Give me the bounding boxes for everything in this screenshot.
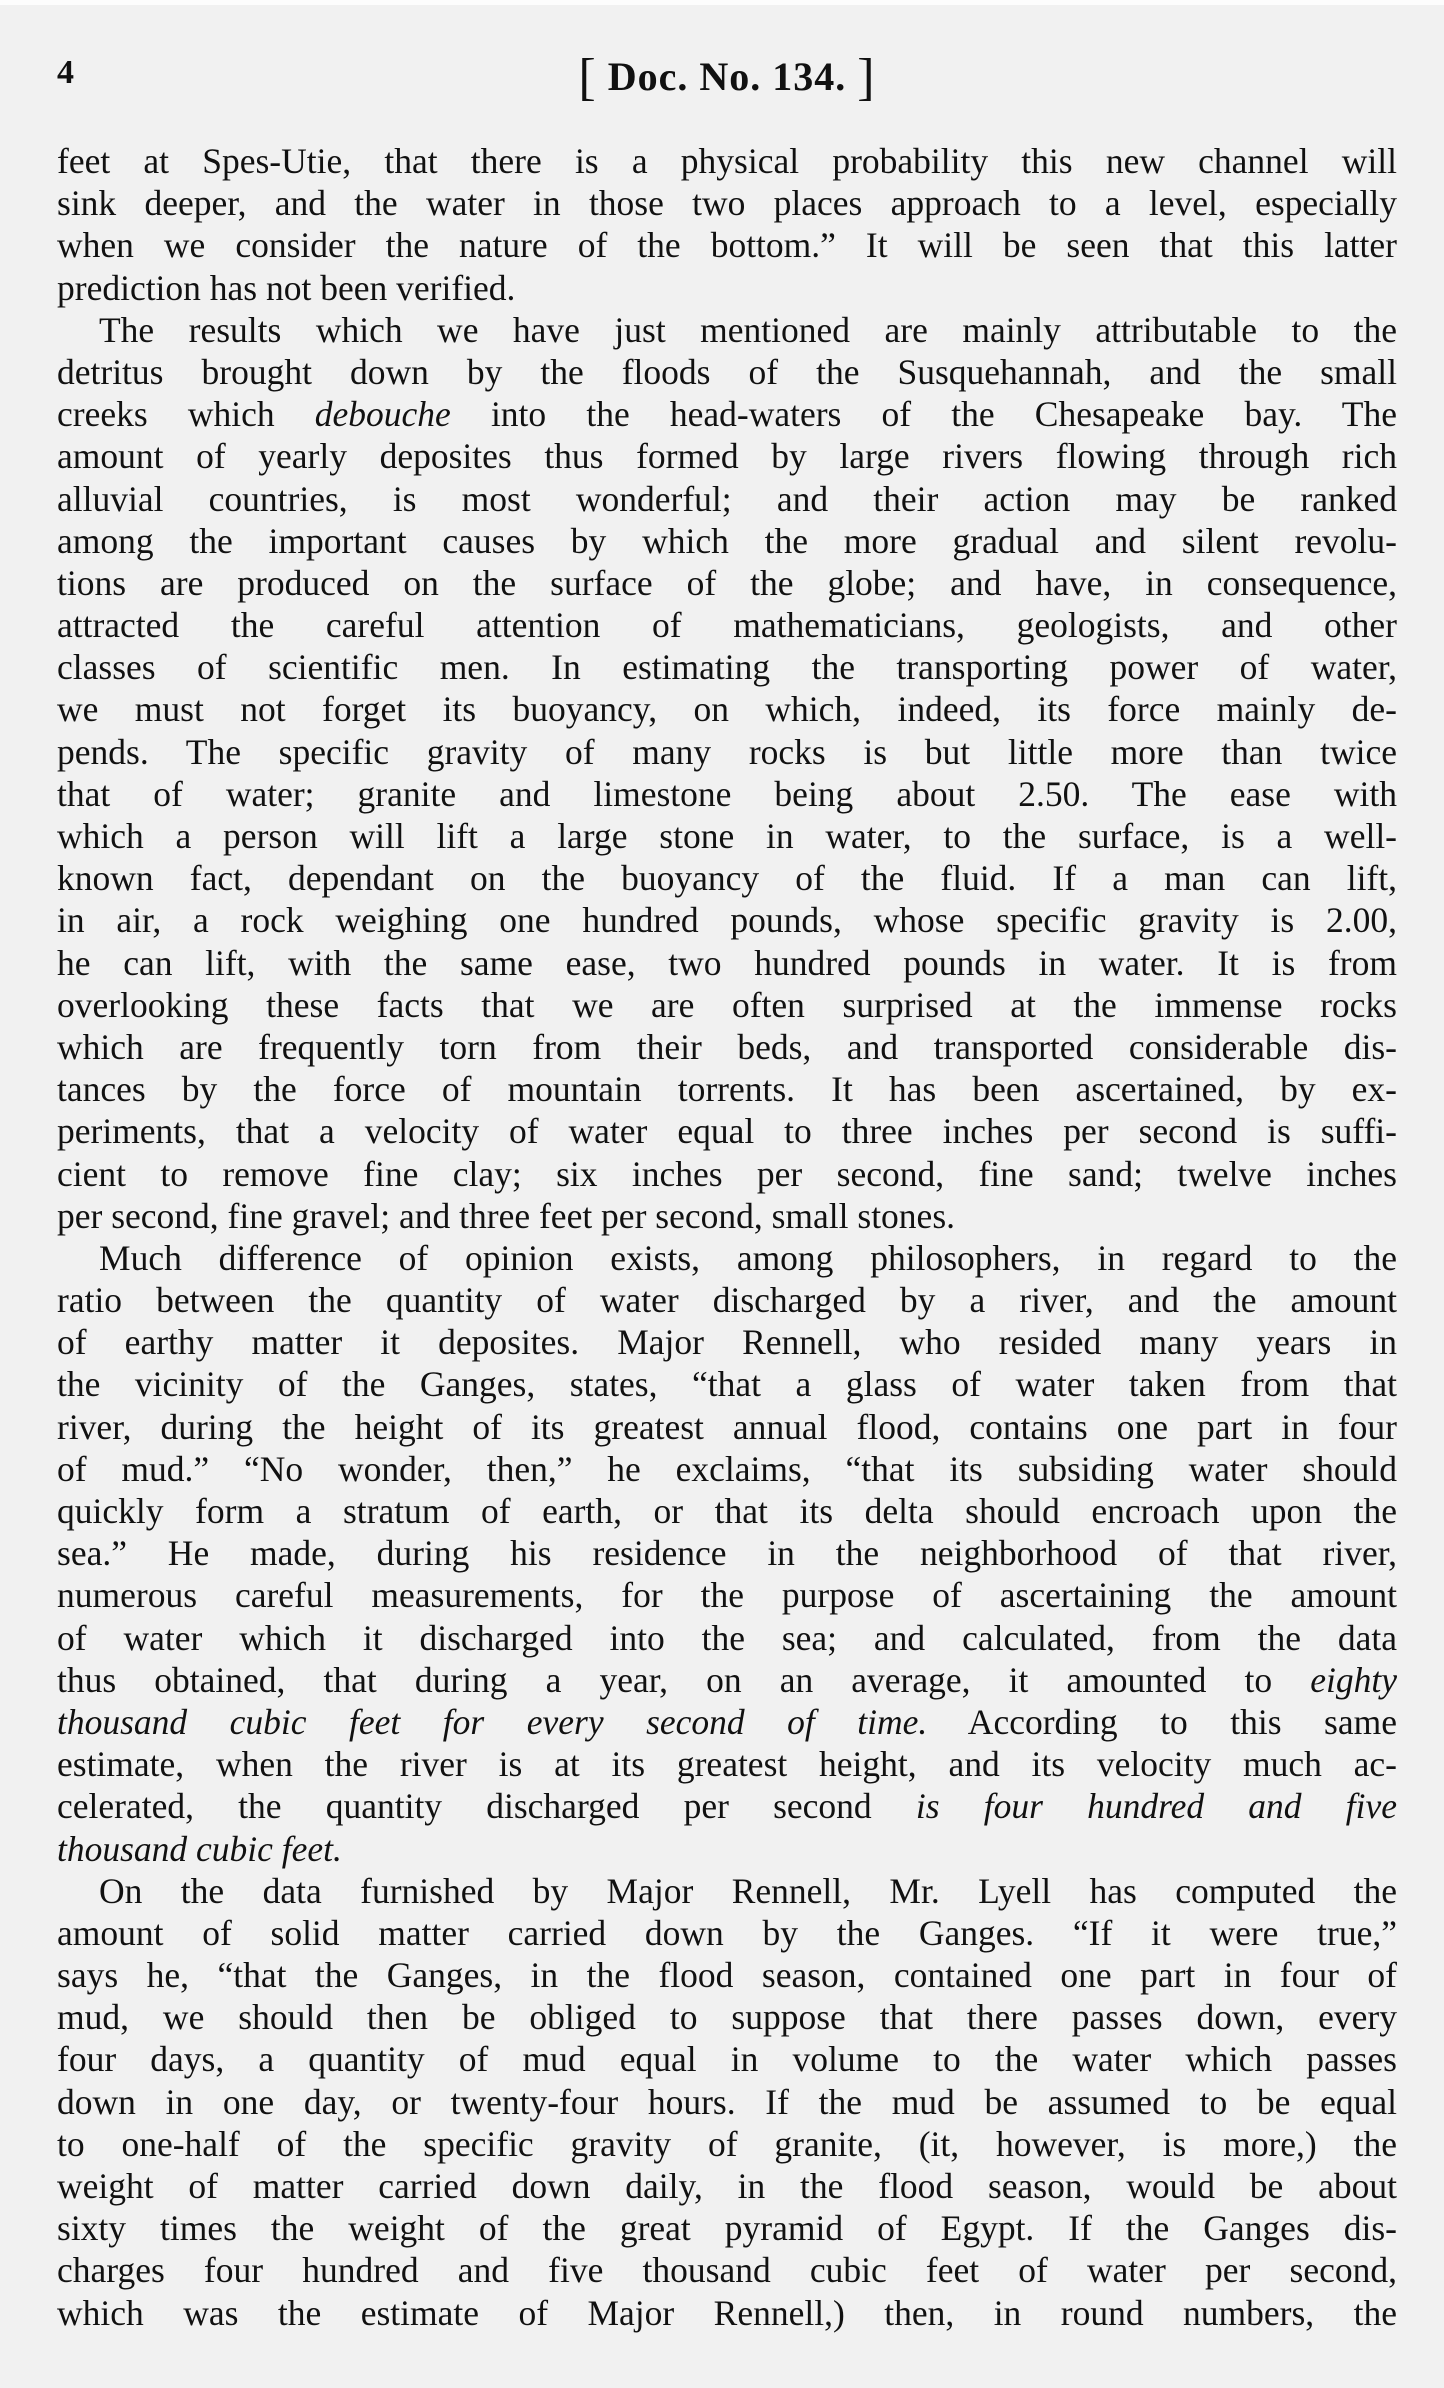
text-run: feet at Spes-Utie, that there is a physi… [57, 141, 1397, 181]
text-run: he can lift, with the same ease, two hun… [57, 943, 1397, 983]
text-line: tances by the force of mountain torrents… [57, 1068, 1397, 1110]
text-run: amount of yearly deposites thus formed b… [57, 436, 1397, 476]
italic-text: debouche [315, 394, 451, 434]
text-run: of water which it discharged into the se… [57, 1618, 1397, 1658]
doc-label: Doc. No. 134. [608, 54, 847, 99]
italic-text: is four hundred and five [916, 1786, 1397, 1826]
text-run: which a person will lift a large stone i… [57, 816, 1397, 856]
text-run: ratio between the quantity of water disc… [57, 1280, 1397, 1320]
text-run: into the head-waters of the Chesapeake b… [451, 394, 1397, 434]
body-text: feet at Spes-Utie, that there is a physi… [57, 140, 1397, 2334]
text-line: The results which we have just mentioned… [57, 309, 1397, 351]
text-run: we must not forget its buoyancy, on whic… [57, 689, 1397, 729]
text-run: which was the estimate of Major Rennell,… [57, 2293, 1397, 2333]
text-line: down in one day, or twenty-four hours. I… [57, 2081, 1397, 2123]
text-line: tions are produced on the surface of the… [57, 562, 1397, 604]
text-line: he can lift, with the same ease, two hun… [57, 942, 1397, 984]
text-line: sink deeper, and the water in those two … [57, 182, 1397, 224]
text-run: periments, that a velocity of water equa… [57, 1111, 1397, 1151]
text-run: thus obtained, that during a year, on an… [57, 1660, 1310, 1700]
text-line: in air, a rock weighing one hundred poun… [57, 899, 1397, 941]
text-run: sink deeper, and the water in those two … [57, 183, 1397, 223]
text-run: sea.” He made, during his residence in t… [57, 1533, 1397, 1573]
text-run: alluvial countries, is most wonderful; a… [57, 479, 1397, 519]
text-line: cient to remove fine clay; six inches pe… [57, 1153, 1397, 1195]
text-line: prediction has not been verified. [57, 267, 1397, 309]
text-line: overlooking these facts that we are ofte… [57, 984, 1397, 1026]
text-run: sixty times the weight of the great pyra… [57, 2208, 1397, 2248]
text-line: quickly form a stratum of earth, or that… [57, 1490, 1397, 1532]
text-run: tances by the force of mountain torrents… [57, 1069, 1397, 1109]
text-run: weight of matter carried down daily, in … [57, 2166, 1397, 2206]
text-line: pends. The specific gravity of many rock… [57, 731, 1397, 773]
text-line: which are frequently torn from their bed… [57, 1026, 1397, 1068]
text-run: per second, fine gravel; and three feet … [57, 1196, 955, 1236]
text-line: of earthy matter it deposites. Major Ren… [57, 1321, 1397, 1363]
text-line: detritus brought down by the floods of t… [57, 351, 1397, 393]
text-run: of earthy matter it deposites. Major Ren… [57, 1322, 1397, 1362]
text-line: celerated, the quantity discharged per s… [57, 1785, 1397, 1827]
text-run: mud, we should then be obliged to suppos… [57, 1997, 1397, 2037]
text-line: of water which it discharged into the se… [57, 1617, 1397, 1659]
text-line: estimate, when the river is at its great… [57, 1743, 1397, 1785]
text-run: detritus brought down by the floods of t… [57, 352, 1397, 392]
text-line: of mud.” “No wonder, then,” he exclaims,… [57, 1448, 1397, 1490]
text-line: known fact, dependant on the buoyancy of… [57, 857, 1397, 899]
text-run: to one-half of the specific gravity of g… [57, 2124, 1397, 2164]
text-line: per second, fine gravel; and three feet … [57, 1195, 1397, 1237]
text-line: feet at Spes-Utie, that there is a physi… [57, 140, 1397, 182]
text-run: numerous careful measurements, for the p… [57, 1575, 1397, 1615]
text-run: classes of scientific men. In estimating… [57, 647, 1397, 687]
text-line: when we consider the nature of the botto… [57, 224, 1397, 266]
text-line: which a person will lift a large stone i… [57, 815, 1397, 857]
text-line: to one-half of the specific gravity of g… [57, 2123, 1397, 2165]
text-line: On the data furnished by Major Rennell, … [57, 1870, 1397, 1912]
text-line: classes of scientific men. In estimating… [57, 646, 1397, 688]
text-run: attracted the careful attention of mathe… [57, 605, 1397, 645]
text-run: four days, a quantity of mud equal in vo… [57, 2039, 1397, 2079]
text-line: numerous careful measurements, for the p… [57, 1574, 1397, 1616]
italic-text: eighty [1310, 1660, 1397, 1700]
text-line: four days, a quantity of mud equal in vo… [57, 2038, 1397, 2080]
paragraph: On the data furnished by Major Rennell, … [57, 1870, 1397, 2334]
text-run: pends. The specific gravity of many rock… [57, 732, 1397, 772]
text-line: mud, we should then be obliged to suppos… [57, 1996, 1397, 2038]
text-line: which was the estimate of Major Rennell,… [57, 2292, 1397, 2334]
text-run: According to this same [927, 1702, 1397, 1742]
text-run: that of water; granite and limestone bei… [57, 774, 1397, 814]
text-line: sea.” He made, during his residence in t… [57, 1532, 1397, 1574]
text-line: we must not forget its buoyancy, on whic… [57, 688, 1397, 730]
text-line: charges four hundred and five thousand c… [57, 2249, 1397, 2291]
text-run: among the important causes by which the … [57, 521, 1397, 561]
text-run: creeks which [57, 394, 315, 434]
text-line: sixty times the weight of the great pyra… [57, 2207, 1397, 2249]
text-run: Much difference of opinion exists, among… [99, 1238, 1397, 1278]
text-run: in air, a rock weighing one hundred poun… [57, 900, 1397, 940]
text-line: amount of yearly deposites thus formed b… [57, 435, 1397, 477]
text-run: estimate, when the river is at its great… [57, 1744, 1397, 1784]
text-run: overlooking these facts that we are ofte… [57, 985, 1397, 1025]
text-run: On the data furnished by Major Rennell, … [99, 1871, 1397, 1911]
text-run: down in one day, or twenty-four hours. I… [57, 2082, 1397, 2122]
open-bracket: [ [578, 49, 596, 106]
italic-text: thousand cubic feet for every second of … [57, 1702, 927, 1742]
text-run: quickly form a stratum of earth, or that… [57, 1491, 1397, 1531]
paragraph: feet at Spes-Utie, that there is a physi… [57, 140, 1397, 309]
paragraph: The results which we have just mentioned… [57, 309, 1397, 1237]
text-run: amount of solid matter carried down by t… [57, 1913, 1397, 1953]
text-run: cient to remove fine clay; six inches pe… [57, 1154, 1397, 1194]
italic-text: thousand cubic feet. [57, 1829, 342, 1869]
text-line: weight of matter carried down daily, in … [57, 2165, 1397, 2207]
text-line: river, during the height of its greatest… [57, 1406, 1397, 1448]
page-header: 4 [ Doc. No. 134. ] [57, 48, 1397, 108]
text-run: tions are produced on the surface of the… [57, 563, 1397, 603]
text-line: thousand cubic feet for every second of … [57, 1701, 1397, 1743]
paragraph: Much difference of opinion exists, among… [57, 1237, 1397, 1870]
text-run: the vicinity of the Ganges, states, “tha… [57, 1364, 1397, 1404]
text-line: that of water; granite and limestone bei… [57, 773, 1397, 815]
text-run: known fact, dependant on the buoyancy of… [57, 858, 1397, 898]
scan-top-edge [0, 0, 1444, 5]
text-line: Much difference of opinion exists, among… [57, 1237, 1397, 1279]
text-line: periments, that a velocity of water equa… [57, 1110, 1397, 1152]
text-run: The results which we have just mentioned… [99, 310, 1397, 350]
text-run: says he, “that the Ganges, in the flood … [57, 1955, 1397, 1995]
text-line: thousand cubic feet. [57, 1828, 1397, 1870]
text-line: alluvial countries, is most wonderful; a… [57, 478, 1397, 520]
text-run: prediction has not been verified. [57, 268, 515, 308]
text-line: the vicinity of the Ganges, states, “tha… [57, 1363, 1397, 1405]
text-run: which are frequently torn from their bed… [57, 1027, 1397, 1067]
text-line: among the important causes by which the … [57, 520, 1397, 562]
text-run: when we consider the nature of the botto… [57, 225, 1397, 265]
text-line: amount of solid matter carried down by t… [57, 1912, 1397, 1954]
text-run: charges four hundred and five thousand c… [57, 2250, 1397, 2290]
document-title: [ Doc. No. 134. ] [57, 48, 1397, 107]
text-line: says he, “that the Ganges, in the flood … [57, 1954, 1397, 1996]
text-line: thus obtained, that during a year, on an… [57, 1659, 1397, 1701]
text-line: ratio between the quantity of water disc… [57, 1279, 1397, 1321]
text-line: attracted the careful attention of mathe… [57, 604, 1397, 646]
text-run: celerated, the quantity discharged per s… [57, 1786, 916, 1826]
close-bracket: ] [857, 49, 875, 106]
text-run: river, during the height of its greatest… [57, 1407, 1397, 1447]
text-run: of mud.” “No wonder, then,” he exclaims,… [57, 1449, 1397, 1489]
text-line: creeks which debouche into the head-wate… [57, 393, 1397, 435]
